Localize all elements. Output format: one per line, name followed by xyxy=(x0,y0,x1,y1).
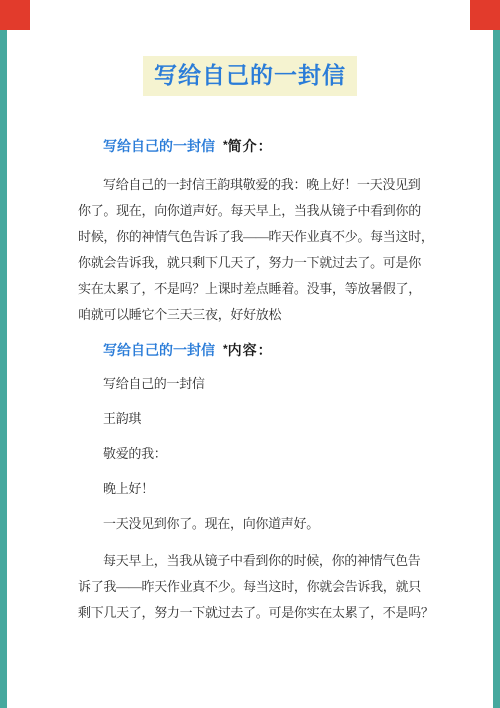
top-right-corner-mark xyxy=(470,0,500,30)
letter-body-line: 剩下几天了，努力一下就过去了。可是你实在太累了，不是吗？ xyxy=(78,600,423,626)
content-heading: 写给自己的一封信*内容： xyxy=(103,340,423,359)
intro-paragraph-line: 你了。现在，向你道声好。每天早上，当我从镜子中看到你的 xyxy=(78,198,423,224)
intro-paragraph-line: 时候，你的神情气色告诉了我——昨天作业真不少。每当这时， xyxy=(78,224,423,250)
document-page: 写给自己的一封信 写给自己的一封信*简介： 写给自己的一封信王韵琪敬爱的我：晚上… xyxy=(0,0,500,708)
intro-paragraph: 写给自己的一封信王韵琪敬爱的我：晚上好！一天没见到你了。现在，向你道声好。每天早… xyxy=(78,172,423,328)
page-title: 写给自己的一封信 xyxy=(143,56,357,96)
letter-body-line: 诉了我——昨天作业真不少。每当这时，你就会告诉我，就只 xyxy=(78,574,423,600)
title-row: 写给自己的一封信 xyxy=(0,0,500,96)
intro-heading: 写给自己的一封信*简介： xyxy=(103,136,423,155)
right-border-bar xyxy=(493,0,500,708)
letter-line: 王韵琪 xyxy=(78,406,423,432)
letter-line: 写给自己的一封信 xyxy=(78,371,423,397)
letter-line: 一天没见到你了。现在，向你道声好。 xyxy=(78,511,423,537)
letter-body-line: 每天早上，当我从镜子中看到你的时候，你的神情气色告 xyxy=(78,548,423,574)
content-heading-link[interactable]: 写给自己的一封信 xyxy=(103,342,215,358)
intro-paragraph-line: 咱就可以睡它个三天三夜，好好放松 xyxy=(78,302,423,328)
content-heading-label: 内容： xyxy=(228,342,273,358)
article-content: 写给自己的一封信*简介： 写给自己的一封信王韵琪敬爱的我：晚上好！一天没见到你了… xyxy=(78,136,423,626)
letter-opening-lines: 写给自己的一封信王韵琪敬爱的我：晚上好！一天没见到你了。现在，向你道声好。 xyxy=(78,371,423,537)
letter-body-paragraph: 每天早上，当我从镜子中看到你的时候，你的神情气色告诉了我——昨天作业真不少。每当… xyxy=(78,548,423,626)
intro-paragraph-line: 写给自己的一封信王韵琪敬爱的我：晚上好！一天没见到 xyxy=(78,172,423,198)
top-left-corner-mark xyxy=(0,0,30,30)
letter-line: 晚上好！ xyxy=(78,476,423,502)
intro-heading-label: 简介： xyxy=(228,138,273,154)
intro-heading-link[interactable]: 写给自己的一封信 xyxy=(103,138,215,154)
left-border-bar xyxy=(0,0,7,708)
letter-line: 敬爱的我： xyxy=(78,441,423,467)
intro-paragraph-line: 实在太累了，不是吗？上课时差点睡着。没事，等放暑假了， xyxy=(78,276,423,302)
intro-paragraph-line: 你就会告诉我，就只剩下几天了，努力一下就过去了。可是你 xyxy=(78,250,423,276)
